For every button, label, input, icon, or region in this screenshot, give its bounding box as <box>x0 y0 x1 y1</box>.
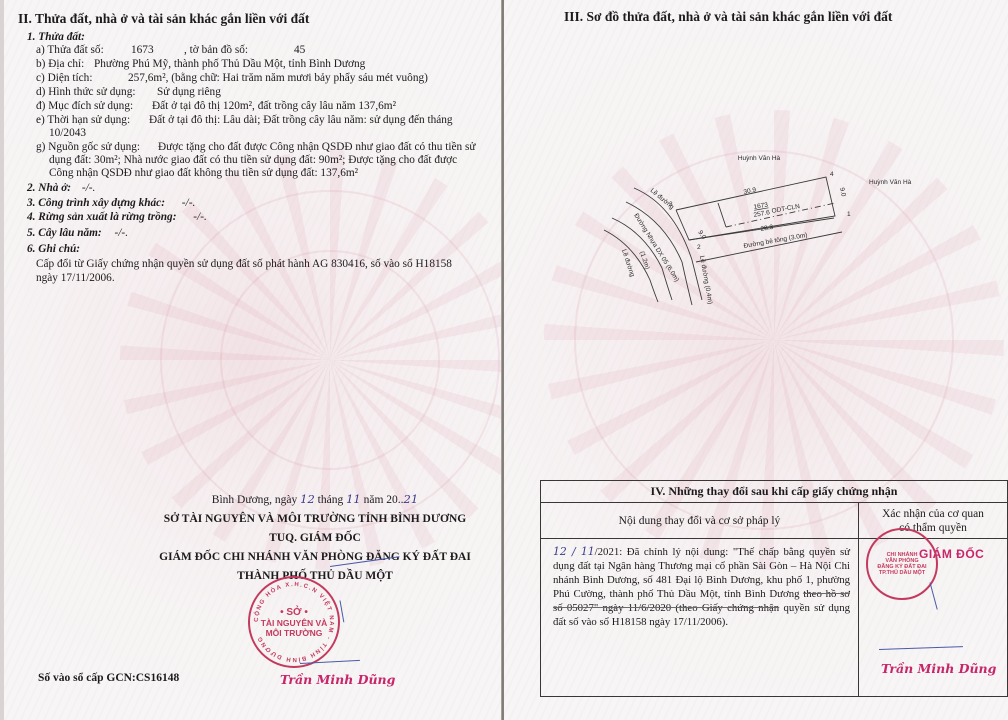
plot-diagram: Huỳnh Văn Hà Huỳnh Văn Hà 30.9 9.0 9.0 2… <box>504 0 1008 330</box>
registry-number: Số vào sổ cấp GCN:CS16148 <box>38 672 179 685</box>
origin-label: g) Nguồn gốc sử dụng: <box>36 141 140 153</box>
forest-heading: 4. Rừng sản xuất là rừng trồng: <box>27 211 176 223</box>
svg-text:9.0: 9.0 <box>696 229 707 241</box>
signature-stroke <box>340 600 345 622</box>
purpose-value: Đất ở tại đô thị 120m², đất trồng cây lâ… <box>152 100 396 113</box>
notes-line-1: Cấp đổi từ Giấy chứng nhận quyền sử dụng… <box>36 258 452 271</box>
col-header-confirm-line-1: Xác nhận của cơ quan <box>859 507 1007 521</box>
svg-text:ODT-CLN: ODT-CLN <box>771 203 801 215</box>
year-label: năm 20.. <box>364 494 404 506</box>
col-header-confirm-line-2: có thẩm quyền <box>859 521 1007 535</box>
perennial-row: 5. Cây lâu năm: -/-. <box>27 227 128 240</box>
forest-row: 4. Rừng sản xuất là rừng trồng: -/-. <box>27 211 207 224</box>
svg-text:Lề đường: Lề đường <box>620 248 637 278</box>
seal-ring-text: CỘNG HÒA X.H.C.N VIỆT NAM · TỈNH BÌNH DƯ… <box>248 576 340 668</box>
house-row: 2. Nhà ở: -/-. <box>27 182 95 195</box>
plot-heading: 1. Thửa đất: <box>27 31 85 44</box>
svg-text:9.0: 9.0 <box>838 187 847 198</box>
svg-text:CỘNG HÒA X.H.C.N VIỆT NAM · TỈ: CỘNG HÒA X.H.C.N VIỆT NAM · TỈNH BÌNH DƯ… <box>253 582 335 664</box>
page-edge <box>0 0 4 720</box>
right-page: III. Sơ đồ thửa đất, nhà ở và tài sản kh… <box>504 0 1008 720</box>
plot-number-row: a) Thửa đất số: 1673 , tờ bản đồ số: 45 <box>36 44 104 57</box>
svg-text:2: 2 <box>697 244 701 251</box>
svg-text:(1.2m): (1.2m) <box>638 250 650 270</box>
map-sheet-label: , tờ bản đồ số: <box>184 44 248 57</box>
term-label: e) Thời hạn sử dụng: <box>36 114 130 126</box>
address-label: b) Địa chỉ: <box>36 58 84 70</box>
branch-seal-stamp: CHI NHÁNH VĂN PHÒNG ĐĂNG KÝ ĐẤT ĐAI TP.T… <box>866 528 938 600</box>
address-value: Phường Phú Mỹ, thành phố Thủ Dầu Một, tỉ… <box>94 58 365 71</box>
term-row: e) Thời hạn sử dụng: Đất ở tại đô thị: L… <box>36 114 130 127</box>
signer-position: GIÁM ĐỐC CHI NHÁNH VĂN PHÒNG ĐĂNG KÝ ĐẤT… <box>130 548 500 567</box>
purpose-row: đ) Mục đích sử dụng: Đất ở tại đô thị 12… <box>36 100 133 113</box>
origin-value-cont-2: Công nhận QSDĐ như giao đất không thu ti… <box>49 167 358 180</box>
map-sheet-value: 45 <box>294 44 305 57</box>
other-construction-value: -/-. <box>182 197 196 209</box>
origin-value-cont-1: dụng đất: 30m²; Nhà nước giao đất có thu… <box>49 154 457 167</box>
issuing-org: SỞ TÀI NGUYÊN VÀ MÔI TRƯỜNG TỈNH BÌNH DƯ… <box>130 510 500 529</box>
origin-value: Được tặng cho đất được Công nhận QSDĐ nh… <box>158 141 476 154</box>
use-form-value: Sử dụng riêng <box>157 86 221 99</box>
svg-text:4: 4 <box>830 171 834 178</box>
forest-value: -/-. <box>193 211 207 223</box>
term-value: Đất ở tại đô thị: Lâu dài; Đất trồng cây… <box>149 114 453 127</box>
svg-text:28.3: 28.3 <box>760 224 774 233</box>
official-seal-stamp: CỘNG HÒA X.H.C.N VIỆT NAM · TỈNH BÌNH DƯ… <box>248 576 340 668</box>
svg-text:1: 1 <box>847 211 851 218</box>
left-page: II. Thửa đất, nhà ở và tài sản khác gắn … <box>0 0 502 720</box>
other-construction-row: 3. Công trình xây dựng khác: -/-. <box>27 197 195 210</box>
notes-line-2: ngày 17/11/2006. <box>36 272 115 285</box>
changes-table: IV. Những thay đổi sau khi cấp giấy chứn… <box>540 480 1008 697</box>
svg-text:Huỳnh Văn Hà: Huỳnh Văn Hà <box>869 179 912 186</box>
area-label: c) Diện tích: <box>36 72 92 84</box>
address-row: b) Địa chỉ: Phường Phú Mỹ, thành phố Thủ… <box>36 58 84 71</box>
watermark-ring <box>160 190 500 530</box>
svg-text:30.9: 30.9 <box>743 186 757 196</box>
signing-date: Bình Dương, ngày 12 tháng 11 năm 20..21 <box>130 490 500 510</box>
date-year: 21 <box>404 492 419 506</box>
other-construction-heading: 3. Công trình xây dựng khác: <box>27 197 165 209</box>
col-header-content: Nội dung thay đổi và cơ sở pháp lý <box>541 503 859 539</box>
svg-text:Huỳnh Văn Hà: Huỳnh Văn Hà <box>738 155 781 162</box>
signature-underline <box>879 646 963 650</box>
date-prefix: Bình Dương, ngày <box>212 494 297 506</box>
col-header-confirm: Xác nhận của cơ quan có thẩm quyền <box>859 503 1008 539</box>
svg-text:Lề đường (0.4m): Lề đường (0.4m) <box>698 255 715 305</box>
plot-number-label: a) Thửa đất số: <box>36 44 104 56</box>
watermark-ring <box>220 250 440 470</box>
house-value: -/-. <box>82 182 96 194</box>
date-month: 11 <box>346 492 361 506</box>
use-form-label: d) Hình thức sử dụng: <box>36 86 135 98</box>
signer-name: Trần Minh Dũng <box>280 672 395 687</box>
changes-table-title: IV. Những thay đổi sau khi cấp giấy chứn… <box>541 481 1008 503</box>
purpose-label: đ) Mục đích sử dụng: <box>36 100 133 112</box>
area-value: 257,6m², (bằng chữ: Hai trăm năm mươi bả… <box>128 72 428 85</box>
origin-row: g) Nguồn gốc sử dụng: Được tặng cho đất … <box>36 141 140 154</box>
branch-seal-line-4: TP.THỦ DẦU MỘT <box>879 570 925 576</box>
term-value-cont: 10/2043 <box>49 127 86 140</box>
plot-number-value: 1673 <box>131 44 154 57</box>
confirm-signer-name: Trần Minh Dũng <box>881 661 996 676</box>
area-row: c) Diện tích: 257,6m², (bằng chữ: Hai tr… <box>36 72 92 85</box>
section-ii-title: II. Thửa đất, nhà ở và tài sản khác gắn … <box>18 11 309 27</box>
use-form-row: d) Hình thức sử dụng: Sử dụng riêng <box>36 86 135 99</box>
entry-date-handwritten: 12 / 11 <box>553 545 595 558</box>
perennial-heading: 5. Cây lâu năm: <box>27 227 102 239</box>
signing-block: Bình Dương, ngày 12 tháng 11 năm 20..21 … <box>130 490 500 586</box>
change-entry-content: 12 / 11/2021: Đã chỉnh lý nội dung: "Thế… <box>541 539 859 697</box>
date-day: 12 <box>300 492 315 506</box>
on-behalf: TUQ. GIÁM ĐỐC <box>130 529 500 548</box>
house-heading: 2. Nhà ở: <box>27 182 71 194</box>
month-label: tháng <box>318 494 344 506</box>
notes-heading: 6. Ghi chú: <box>27 243 80 256</box>
perennial-value: -/-. <box>115 227 129 239</box>
